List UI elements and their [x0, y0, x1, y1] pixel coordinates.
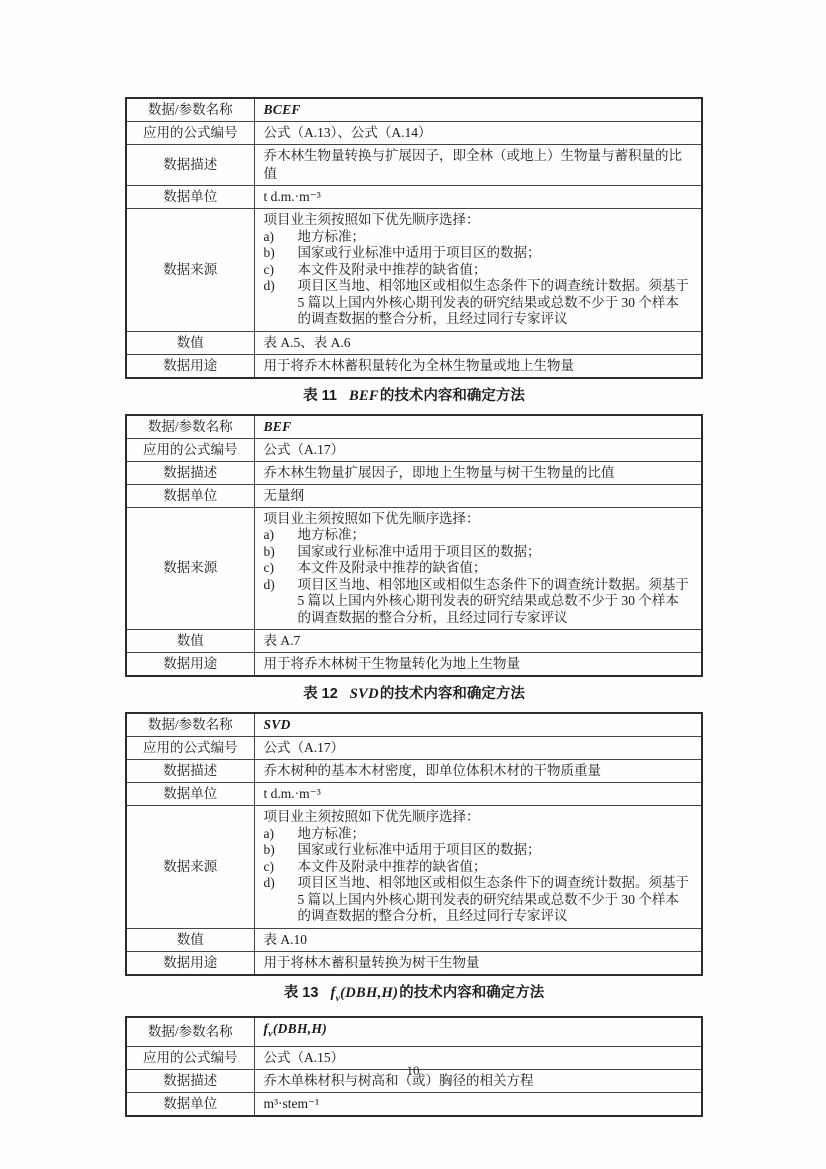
document-page: 数据/参数名称 BCEF 应用的公式编号 公式（A.13）、公式（A.14） 数… [0, 0, 826, 1169]
caption-table-12: 表 12SVD的技术内容和确定方法 [125, 685, 703, 704]
param-table-bcef: 数据/参数名称 BCEF 应用的公式编号 公式（A.13）、公式（A.14） 数… [125, 97, 703, 379]
table-row: 数据/参数名称 BEF [126, 415, 702, 439]
row-label-name: 数据/参数名称 [126, 713, 254, 737]
row-label-unit: 数据单位 [126, 1093, 254, 1117]
row-value-unit: m³·stem⁻¹ [254, 1093, 702, 1117]
source-item-a: a)地方标准； [264, 527, 693, 544]
caption-label: 表 13 [284, 985, 319, 1001]
table-row: 数据用途 用于将林木蓄积量转换为树干生物量 [126, 951, 702, 975]
table-row: 数据单位 t d.m.·m⁻³ [126, 186, 702, 209]
source-item-c: c)本文件及附录中推荐的缺省值； [264, 560, 693, 577]
table-row: 数据描述 乔木树种的基本木材密度，即单位体积木材的干物质重量 [126, 760, 702, 783]
table-row: 数据单位 无量纲 [126, 484, 702, 507]
row-label-unit: 数据单位 [126, 783, 254, 806]
table-row: 数据单位 t d.m.·m⁻³ [126, 783, 702, 806]
param-name-text: BCEF [264, 102, 301, 117]
param-name-text: BEF [264, 419, 292, 434]
row-value-description: 乔木树种的基本木材密度，即单位体积木材的干物质重量 [254, 760, 702, 783]
row-label-formula: 应用的公式编号 [126, 438, 254, 461]
caption-param: BEF [349, 388, 379, 404]
row-value-description: 乔木林生物量扩展因子，即地上生物量与树干生物量的比值 [254, 461, 702, 484]
source-item-d: d)项目区当地、相邻地区或相似生态条件下的调查统计数据。须基于 5 篇以上国内外… [264, 278, 693, 328]
table-row: 数值 表 A.7 [126, 630, 702, 653]
row-value-formula: 公式（A.17） [254, 438, 702, 461]
source-item-c: c)本文件及附录中推荐的缺省值； [264, 859, 693, 876]
row-label-source: 数据来源 [126, 507, 254, 630]
source-item-c: c)本文件及附录中推荐的缺省值； [264, 262, 693, 279]
table-row: 数值 表 A.10 [126, 928, 702, 951]
source-item-a: a)地方标准； [264, 229, 693, 246]
caption-table-13: 表 13fv(DBH,H)的技术内容和确定方法 [125, 984, 703, 1009]
source-intro: 项目业主须按照如下优先顺序选择： [264, 212, 693, 229]
source-item-a: a)地方标准； [264, 826, 693, 843]
row-value-name: BCEF [254, 98, 702, 122]
row-label-name: 数据/参数名称 [126, 1017, 254, 1046]
row-label-formula: 应用的公式编号 [126, 737, 254, 760]
source-item-d: d)项目区当地、相邻地区或相似生态条件下的调查统计数据。须基于 5 篇以上国内外… [264, 875, 693, 925]
row-value-source: 项目业主须按照如下优先顺序选择： a)地方标准； b)国家或行业标准中适用于项目… [254, 806, 702, 929]
caption-param: fv(DBH,H) [330, 985, 398, 1001]
table-row: 数据来源 项目业主须按照如下优先顺序选择： a)地方标准； b)国家或行业标准中… [126, 507, 702, 630]
table-row: 数据单位 m³·stem⁻¹ [126, 1093, 702, 1117]
param-name-text: fv(DBH,H) [264, 1021, 328, 1036]
row-label-description: 数据描述 [126, 461, 254, 484]
caption-suffix: 的技术内容和确定方法 [380, 388, 525, 404]
row-value-value: 表 A.10 [254, 928, 702, 951]
source-item-b: b)国家或行业标准中适用于项目区的数据； [264, 544, 693, 561]
row-label-source: 数据来源 [126, 806, 254, 929]
row-value-usage: 用于将乔木林蓄积量转化为全林生物量或地上生物量 [254, 354, 702, 378]
page-content: 数据/参数名称 BCEF 应用的公式编号 公式（A.13）、公式（A.14） 数… [125, 97, 703, 1117]
caption-label: 表 12 [303, 686, 338, 702]
row-value-formula: 公式（A.13）、公式（A.14） [254, 122, 702, 145]
row-value-unit: t d.m.·m⁻³ [254, 783, 702, 806]
page-number: 10 [0, 1063, 826, 1079]
caption-suffix: 的技术内容和确定方法 [399, 985, 544, 1001]
row-value-name: BEF [254, 415, 702, 439]
row-label-description: 数据描述 [126, 760, 254, 783]
row-label-unit: 数据单位 [126, 484, 254, 507]
row-label-formula: 应用的公式编号 [126, 122, 254, 145]
table-row: 数据来源 项目业主须按照如下优先顺序选择： a)地方标准； b)国家或行业标准中… [126, 209, 702, 332]
table-row: 数据/参数名称 BCEF [126, 98, 702, 122]
row-label-unit: 数据单位 [126, 186, 254, 209]
caption-table-11: 表 11BEF的技术内容和确定方法 [125, 387, 703, 406]
param-table-bef: 数据/参数名称 BEF 应用的公式编号 公式（A.17） 数据描述 乔木林生物量… [125, 414, 703, 678]
caption-suffix: 的技术内容和确定方法 [380, 686, 525, 702]
row-label-name: 数据/参数名称 [126, 415, 254, 439]
row-value-source: 项目业主须按照如下优先顺序选择： a)地方标准； b)国家或行业标准中适用于项目… [254, 507, 702, 630]
row-label-name: 数据/参数名称 [126, 98, 254, 122]
row-value-value: 表 A.5、表 A.6 [254, 331, 702, 354]
row-label-usage: 数据用途 [126, 354, 254, 378]
row-value-description: 乔木林生物量转换与扩展因子，即全林（或地上）生物量与蓄积量的比值 [254, 145, 702, 186]
source-intro: 项目业主须按照如下优先顺序选择： [264, 809, 693, 826]
table-row: 数据描述 乔木林生物量转换与扩展因子，即全林（或地上）生物量与蓄积量的比值 [126, 145, 702, 186]
row-label-description: 数据描述 [126, 145, 254, 186]
row-value-usage: 用于将林木蓄积量转换为树干生物量 [254, 951, 702, 975]
row-label-value: 数值 [126, 928, 254, 951]
row-value-value: 表 A.7 [254, 630, 702, 653]
row-value-name: fv(DBH,H) [254, 1017, 702, 1046]
caption-label: 表 11 [303, 388, 337, 404]
table-row: 应用的公式编号 公式（A.17） [126, 737, 702, 760]
source-item-d: d)项目区当地、相邻地区或相似生态条件下的调查统计数据。须基于 5 篇以上国内外… [264, 577, 693, 627]
source-intro: 项目业主须按照如下优先顺序选择： [264, 511, 693, 528]
param-name-text: SVD [264, 717, 291, 732]
row-value-formula: 公式（A.17） [254, 737, 702, 760]
table-row: 应用的公式编号 公式（A.13）、公式（A.14） [126, 122, 702, 145]
table-row: 数据来源 项目业主须按照如下优先顺序选择： a)地方标准； b)国家或行业标准中… [126, 806, 702, 929]
table-row: 数值 表 A.5、表 A.6 [126, 331, 702, 354]
row-value-unit: 无量纲 [254, 484, 702, 507]
source-item-b: b)国家或行业标准中适用于项目区的数据； [264, 245, 693, 262]
row-value-name: SVD [254, 713, 702, 737]
row-value-usage: 用于将乔木林树干生物量转化为地上生物量 [254, 653, 702, 677]
row-label-usage: 数据用途 [126, 951, 254, 975]
caption-param: SVD [350, 686, 379, 702]
row-value-source: 项目业主须按照如下优先顺序选择： a)地方标准； b)国家或行业标准中适用于项目… [254, 209, 702, 332]
table-row: 数据/参数名称 fv(DBH,H) [126, 1017, 702, 1046]
row-label-value: 数值 [126, 630, 254, 653]
row-label-value: 数值 [126, 331, 254, 354]
table-row: 应用的公式编号 公式（A.17） [126, 438, 702, 461]
param-table-svd: 数据/参数名称 SVD 应用的公式编号 公式（A.17） 数据描述 乔木树种的基… [125, 712, 703, 976]
row-label-source: 数据来源 [126, 209, 254, 332]
source-item-b: b)国家或行业标准中适用于项目区的数据； [264, 842, 693, 859]
table-row: 数据/参数名称 SVD [126, 713, 702, 737]
row-label-usage: 数据用途 [126, 653, 254, 677]
row-value-unit: t d.m.·m⁻³ [254, 186, 702, 209]
table-row: 数据用途 用于将乔木林蓄积量转化为全林生物量或地上生物量 [126, 354, 702, 378]
table-row: 数据描述 乔木林生物量扩展因子，即地上生物量与树干生物量的比值 [126, 461, 702, 484]
table-row: 数据用途 用于将乔木林树干生物量转化为地上生物量 [126, 653, 702, 677]
